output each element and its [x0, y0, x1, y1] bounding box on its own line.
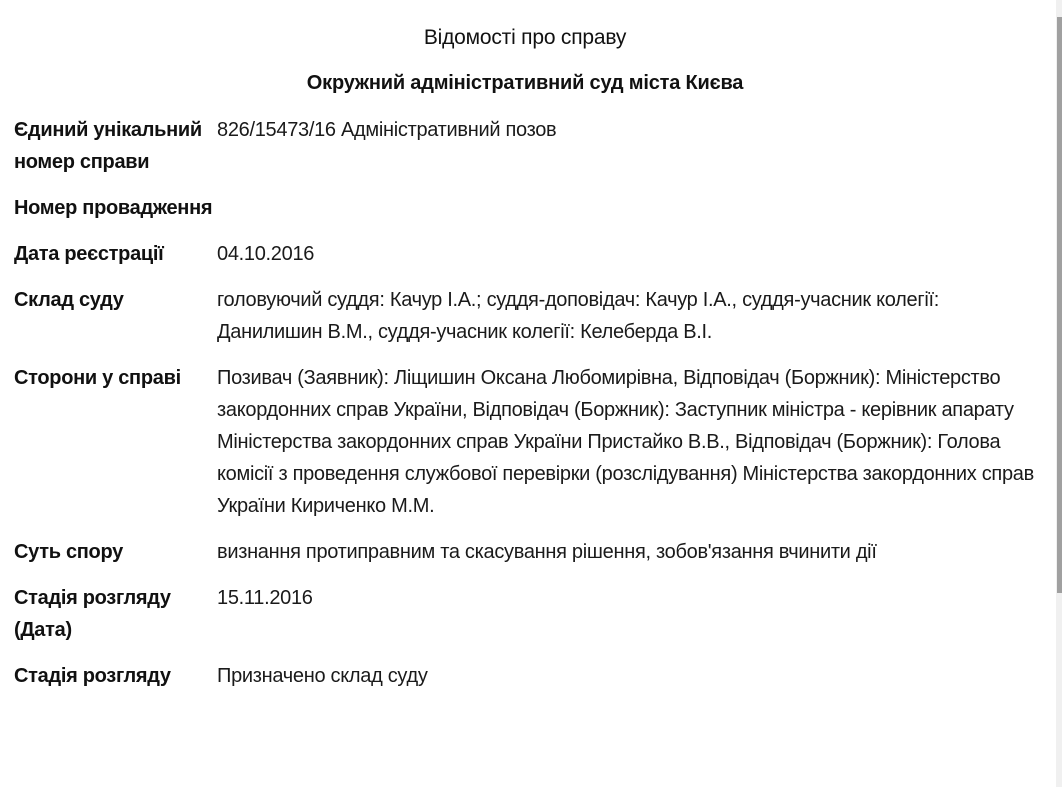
field-label: Склад суду: [14, 284, 217, 362]
scrollbar-thumb[interactable]: [1057, 17, 1062, 593]
field-label: Стадія розгляду: [14, 660, 217, 706]
dispute-subject-row: Суть спору визнання протиправним та скас…: [14, 536, 1044, 582]
stage-date-row: Стадія розгляду (Дата) 15.11.2016: [14, 582, 1044, 660]
vertical-scrollbar[interactable]: [1056, 0, 1062, 787]
court-composition-value: головуючий суддя: Качур І.А.; суддя-допо…: [217, 284, 1044, 362]
case-number-value: 826/15473/16 Адміністративний позов: [217, 114, 1044, 192]
document-viewport: Відомості про справу Окружний адміністра…: [0, 0, 1056, 787]
stage-row: Стадія розгляду Призначено склад суду: [14, 660, 1044, 706]
stage-value: Призначено склад суду: [217, 660, 1044, 706]
case-info-table: Єдиний унікальний номер справи 826/15473…: [14, 114, 1044, 706]
proceeding-number-value: [217, 192, 1044, 238]
registration-date-value: 04.10.2016: [217, 238, 1044, 284]
case-number-row: Єдиний унікальний номер справи 826/15473…: [14, 114, 1044, 192]
field-label: Єдиний унікальний номер справи: [14, 114, 217, 192]
proceeding-number-row: Номер провадження: [14, 192, 1044, 238]
field-label: Номер провадження: [14, 192, 217, 238]
stage-date-value: 15.11.2016: [217, 582, 1044, 660]
parties-row: Сторони у справі Позивач (Заявник): Ліщи…: [14, 362, 1044, 536]
dispute-subject-value: визнання протиправним та скасування ріше…: [217, 536, 1044, 582]
court-name: Окружний адміністративний суд міста Києв…: [0, 72, 1050, 95]
parties-value: Позивач (Заявник): Ліщишин Оксана Любоми…: [217, 362, 1044, 536]
court-composition-row: Склад суду головуючий суддя: Качур І.А.;…: [14, 284, 1044, 362]
registration-date-row: Дата реєстрації 04.10.2016: [14, 238, 1044, 284]
field-label: Суть спору: [14, 536, 217, 582]
field-label: Дата реєстрації: [14, 238, 217, 284]
page-title: Відомості про справу: [0, 26, 1050, 50]
field-label: Стадія розгляду (Дата): [14, 582, 217, 660]
field-label: Сторони у справі: [14, 362, 217, 536]
